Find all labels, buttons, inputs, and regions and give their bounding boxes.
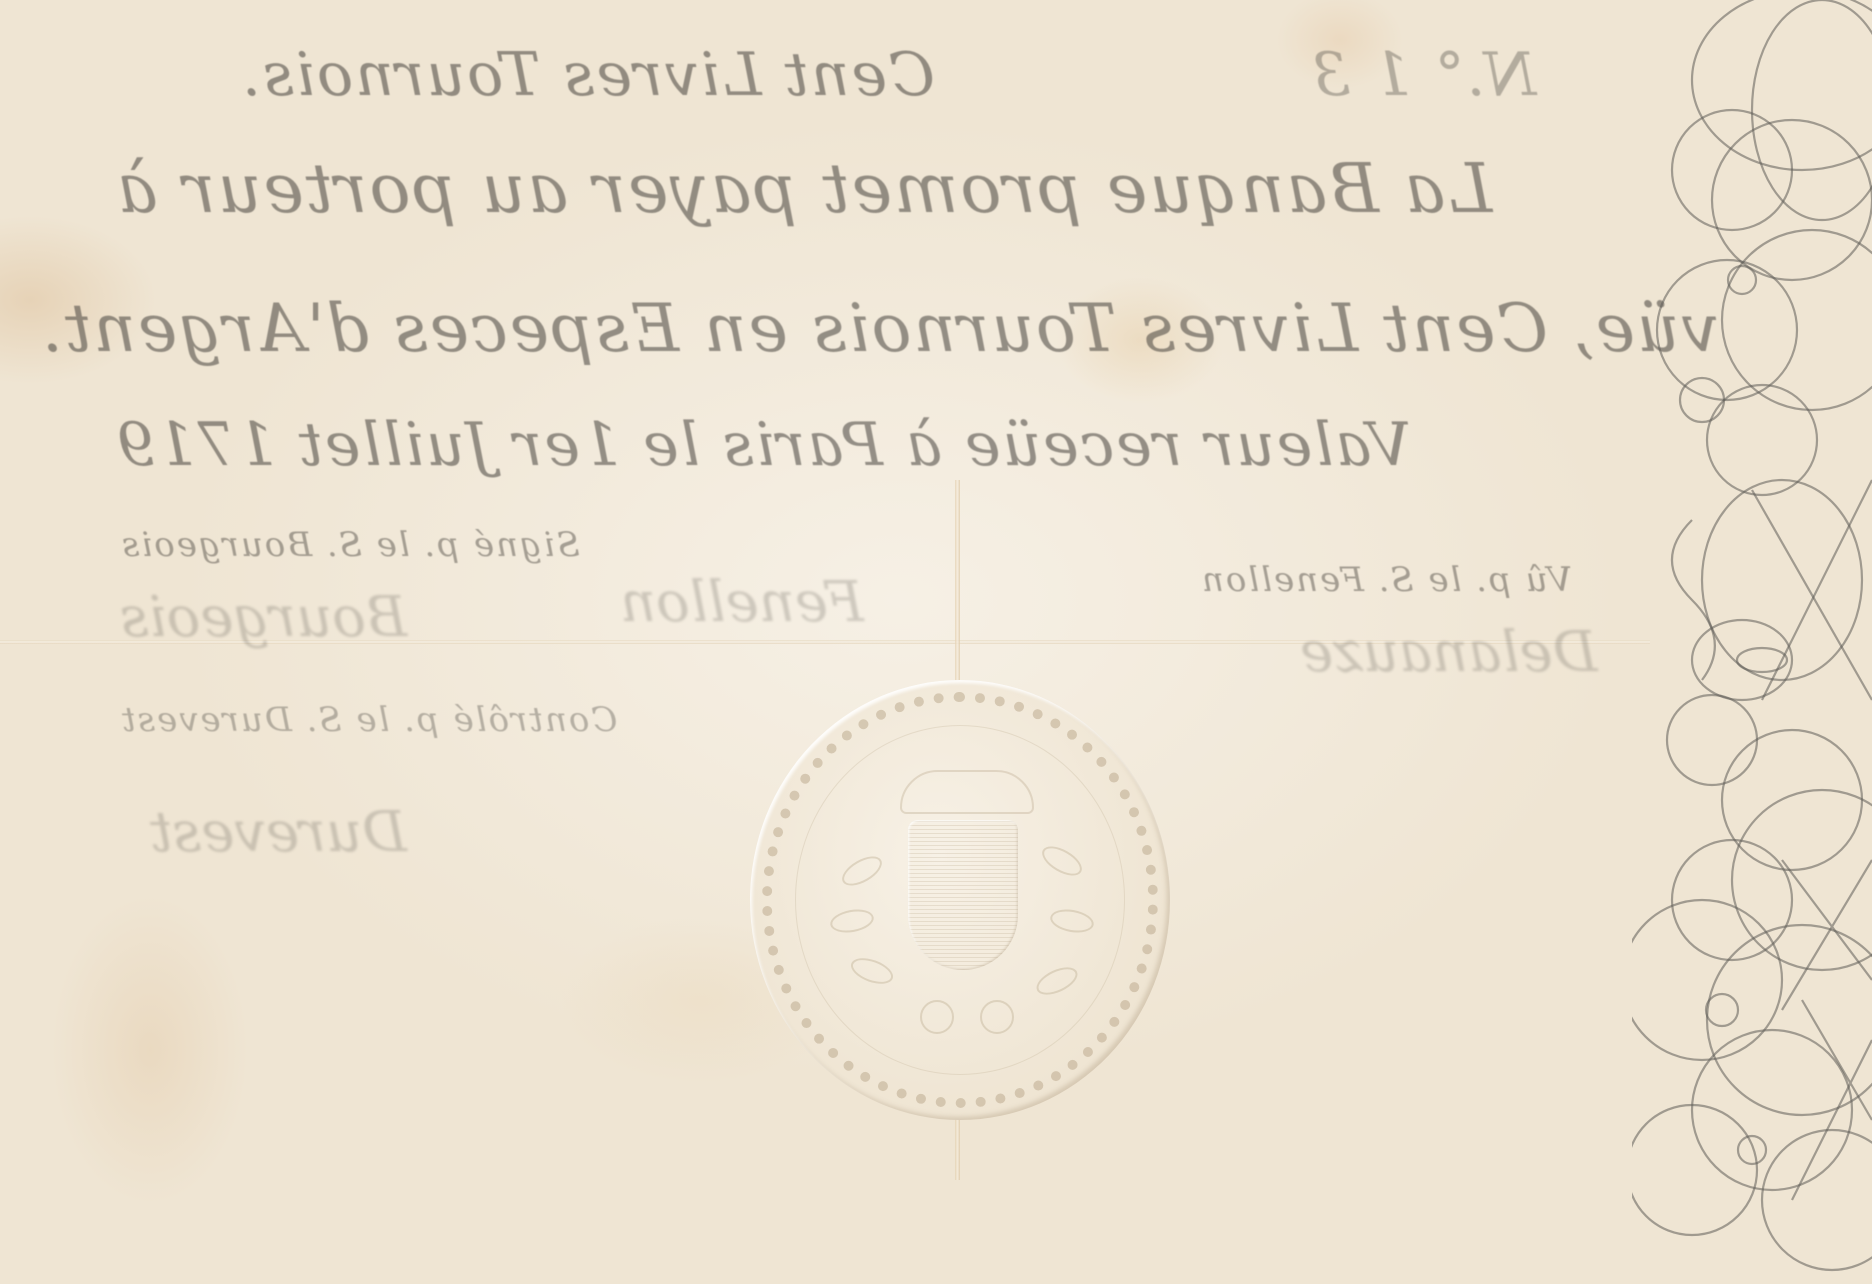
promise-line-1: La Banque promet payer au porteur à [115,150,1492,229]
crown-icon [900,770,1034,814]
serial-number: N.° 1 3 [1310,40,1536,110]
controlled-by-line: Contrôlé p. le S. Durevest [120,700,617,740]
embossed-seal [750,680,1170,1120]
signature-fenellon: Fenellon [620,570,864,635]
guilloche-border [1632,0,1872,1284]
signed-by-line: Signé p. le S. Bourgeois [120,525,580,565]
date-line: Valeur receüe à Paris le 1er Juillet 171… [115,410,1411,480]
promise-line-2: vüe, Cent Livres Tournois en Especes d'A… [40,290,1719,367]
denomination-title: Cent Livres Tournois. [240,40,935,110]
scroll-icon [980,1000,1014,1034]
signature-delanauze: Delanauze [1300,620,1598,685]
banknote-reverse: Cent Livres Tournois. N.° 1 3 La Banque … [0,0,1872,1284]
shield-icon [908,820,1018,970]
seen-by-line: Vû p. le S. Fenellon [1200,560,1572,600]
scroll-icon [920,1000,954,1034]
signature-bourgeois: Bourgeois [120,585,407,650]
signature-durevest: Durevest [150,800,407,865]
